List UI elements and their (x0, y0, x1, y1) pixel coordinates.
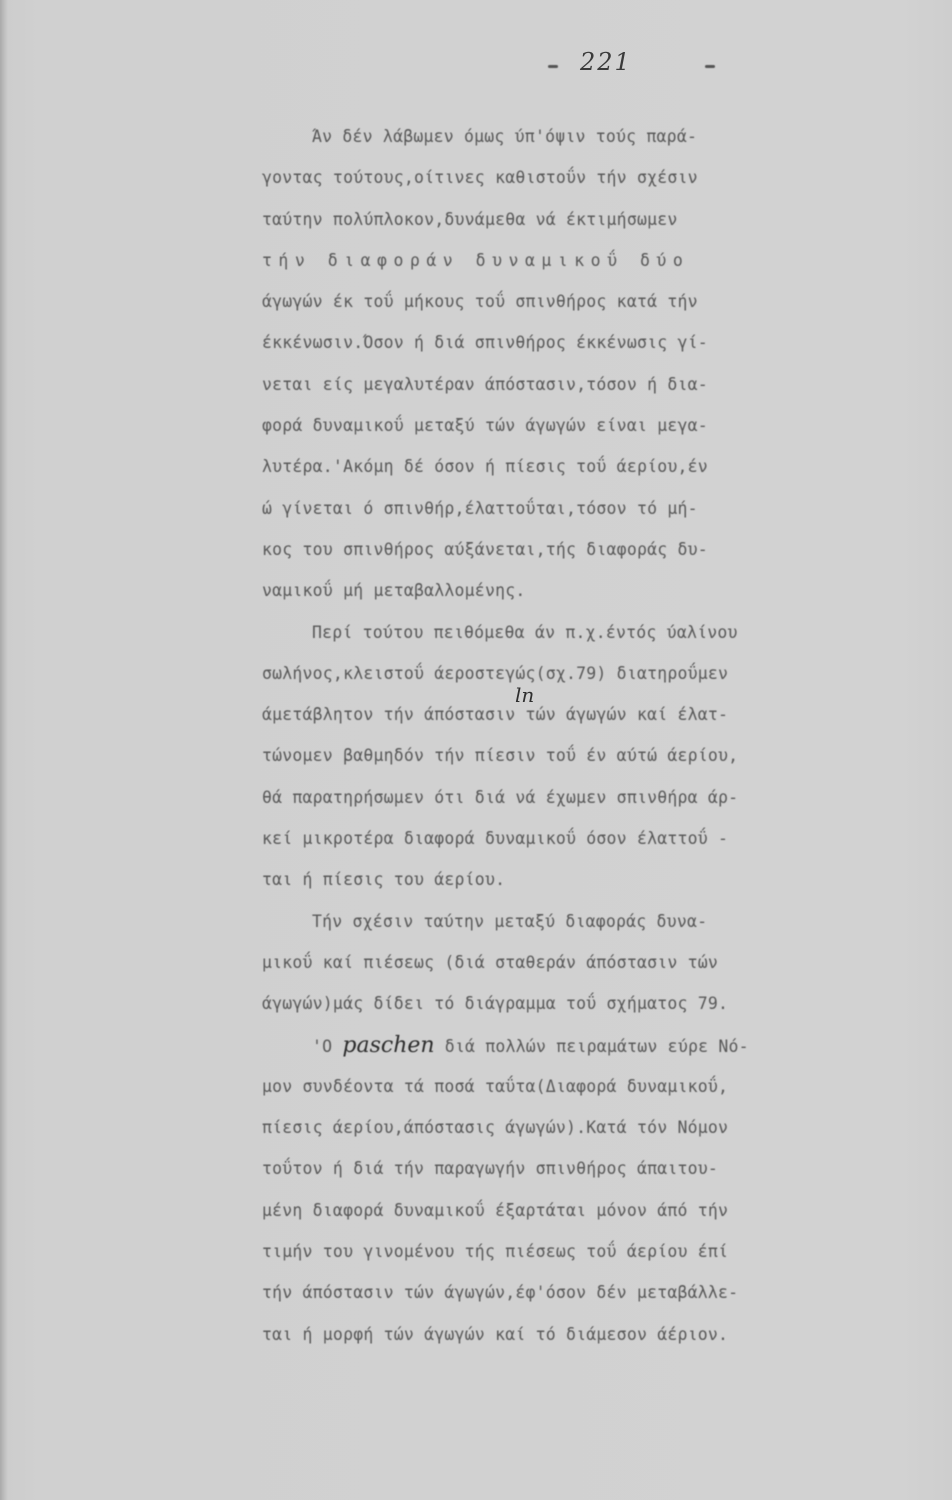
handwritten-name: paschen (342, 1033, 434, 1058)
header-dash-right (705, 65, 715, 68)
text-line: άγωγών έκ τοΰ μήκους τοΰ σπινθήρος κατά … (262, 281, 902, 322)
text-line: μικοΰ καί πιέσεως (διά σταθεράν άπόστασι… (262, 942, 902, 983)
text-line: τώνομεν βαθμηδόν τήν πίεσιν τοΰ έν αύτώ … (262, 735, 902, 776)
text-line: κεί μικροτέρα διαφορά δυναμικοΰ όσον έλα… (262, 818, 902, 859)
text-line: Περί τούτου πειθόμεθα άν π.χ.έντός ύαλίν… (262, 612, 902, 653)
text-line: ταύτην πολύπλοκον,δυνάμεθα νά έκτιμήσωμε… (262, 199, 902, 240)
text-line: πίεσις άερίου,άπόστασις άγωγών).Κατά τόν… (262, 1107, 902, 1148)
typewritten-body: Άν δέν λάβωμεν όμως ύπ'όψιν τούς παρά- γ… (262, 116, 902, 1355)
page-number: 221 (580, 48, 632, 76)
text-line: άγωγών)μάς δίδει τό διάγραμμα τοΰ σχήματ… (262, 983, 902, 1024)
text-line: ώ γίνεται ό σπινθήρ,έλαττοΰται,τόσον τό … (262, 488, 902, 529)
text-line: Τήν σχέσιν ταύτην μεταξύ διαφοράς δυνα- (262, 901, 902, 942)
text-continuation: διά πολλών πειραμάτων εύρε Νό- (445, 1037, 749, 1056)
text-line: τοΰτον ή διά τήν παραγωγήν σπινθήρος άπα… (262, 1148, 902, 1189)
text-line: ναμικοΰ μή μεταβαλλομένης. (262, 570, 902, 611)
text-line: νεται είς μεγαλυτέραν άπόστασιν,τόσον ή … (262, 364, 902, 405)
text-line: τήν άπόστασιν τών άγωγών,έφ'όσον δέν μετ… (262, 1272, 902, 1313)
text-line: Άν δέν λάβωμεν όμως ύπ'όψιν τούς παρά- (262, 116, 902, 157)
article-text: 'Ο (312, 1037, 332, 1056)
page-header: 221 (540, 52, 720, 82)
text-line: μον συνδέοντα τά ποσά ταΰτα(Διαφορά δυνα… (262, 1066, 902, 1107)
text-line: κος του σπινθήρος αύξάνεται,τής διαφοράς… (262, 529, 902, 570)
text-line: τιμήν του γινομένου τής πιέσεως τοΰ άερί… (262, 1231, 902, 1272)
text-line: άμετάβλητον τήν άπόστασιν τών άγωγών καί… (262, 694, 902, 735)
text-line: φορά δυναμικοΰ μεταξύ τών άγωγών είναι μ… (262, 405, 902, 446)
text-line: θά παρατηρήσωμεν ότι διά νά έχωμεν σπινθ… (262, 777, 902, 818)
text-line-with-handwriting: 'Ο paschen διά πολλών πειραμάτων εύρε Νό… (262, 1025, 902, 1066)
text-line: ται ή πίεσις του άερίου. (262, 859, 902, 900)
text-line: λυτέρα.'Ακόμη δέ όσον ή πίεσις τοΰ άερίο… (262, 446, 902, 487)
text-line: σωλήνος,κλειστοΰ άεροστεγώς(σχ.79) διατη… (262, 653, 902, 694)
header-dash-left (548, 65, 558, 68)
text-line-emphasized: τήν διαφοράν δυναμικοΰ δύο (262, 240, 902, 281)
text-line: ται ή μορφή τών άγωγών καί τό διάμεσον ά… (262, 1314, 902, 1355)
handwritten-correction: ln (515, 683, 534, 707)
text-line: γοντας τούτους,οίτινες καθιστοΰν τήν σχέ… (262, 157, 902, 198)
text-line: μένη διαφορά δυναμικοΰ έξαρτάται μόνον ά… (262, 1190, 902, 1231)
text-line: έκκένωσιν.Όσον ή διά σπινθήρος έκκένωσις… (262, 322, 902, 363)
scanned-page: 221 Άν δέν λάβωμεν όμως ύπ'όψιν τούς παρ… (0, 0, 952, 1500)
